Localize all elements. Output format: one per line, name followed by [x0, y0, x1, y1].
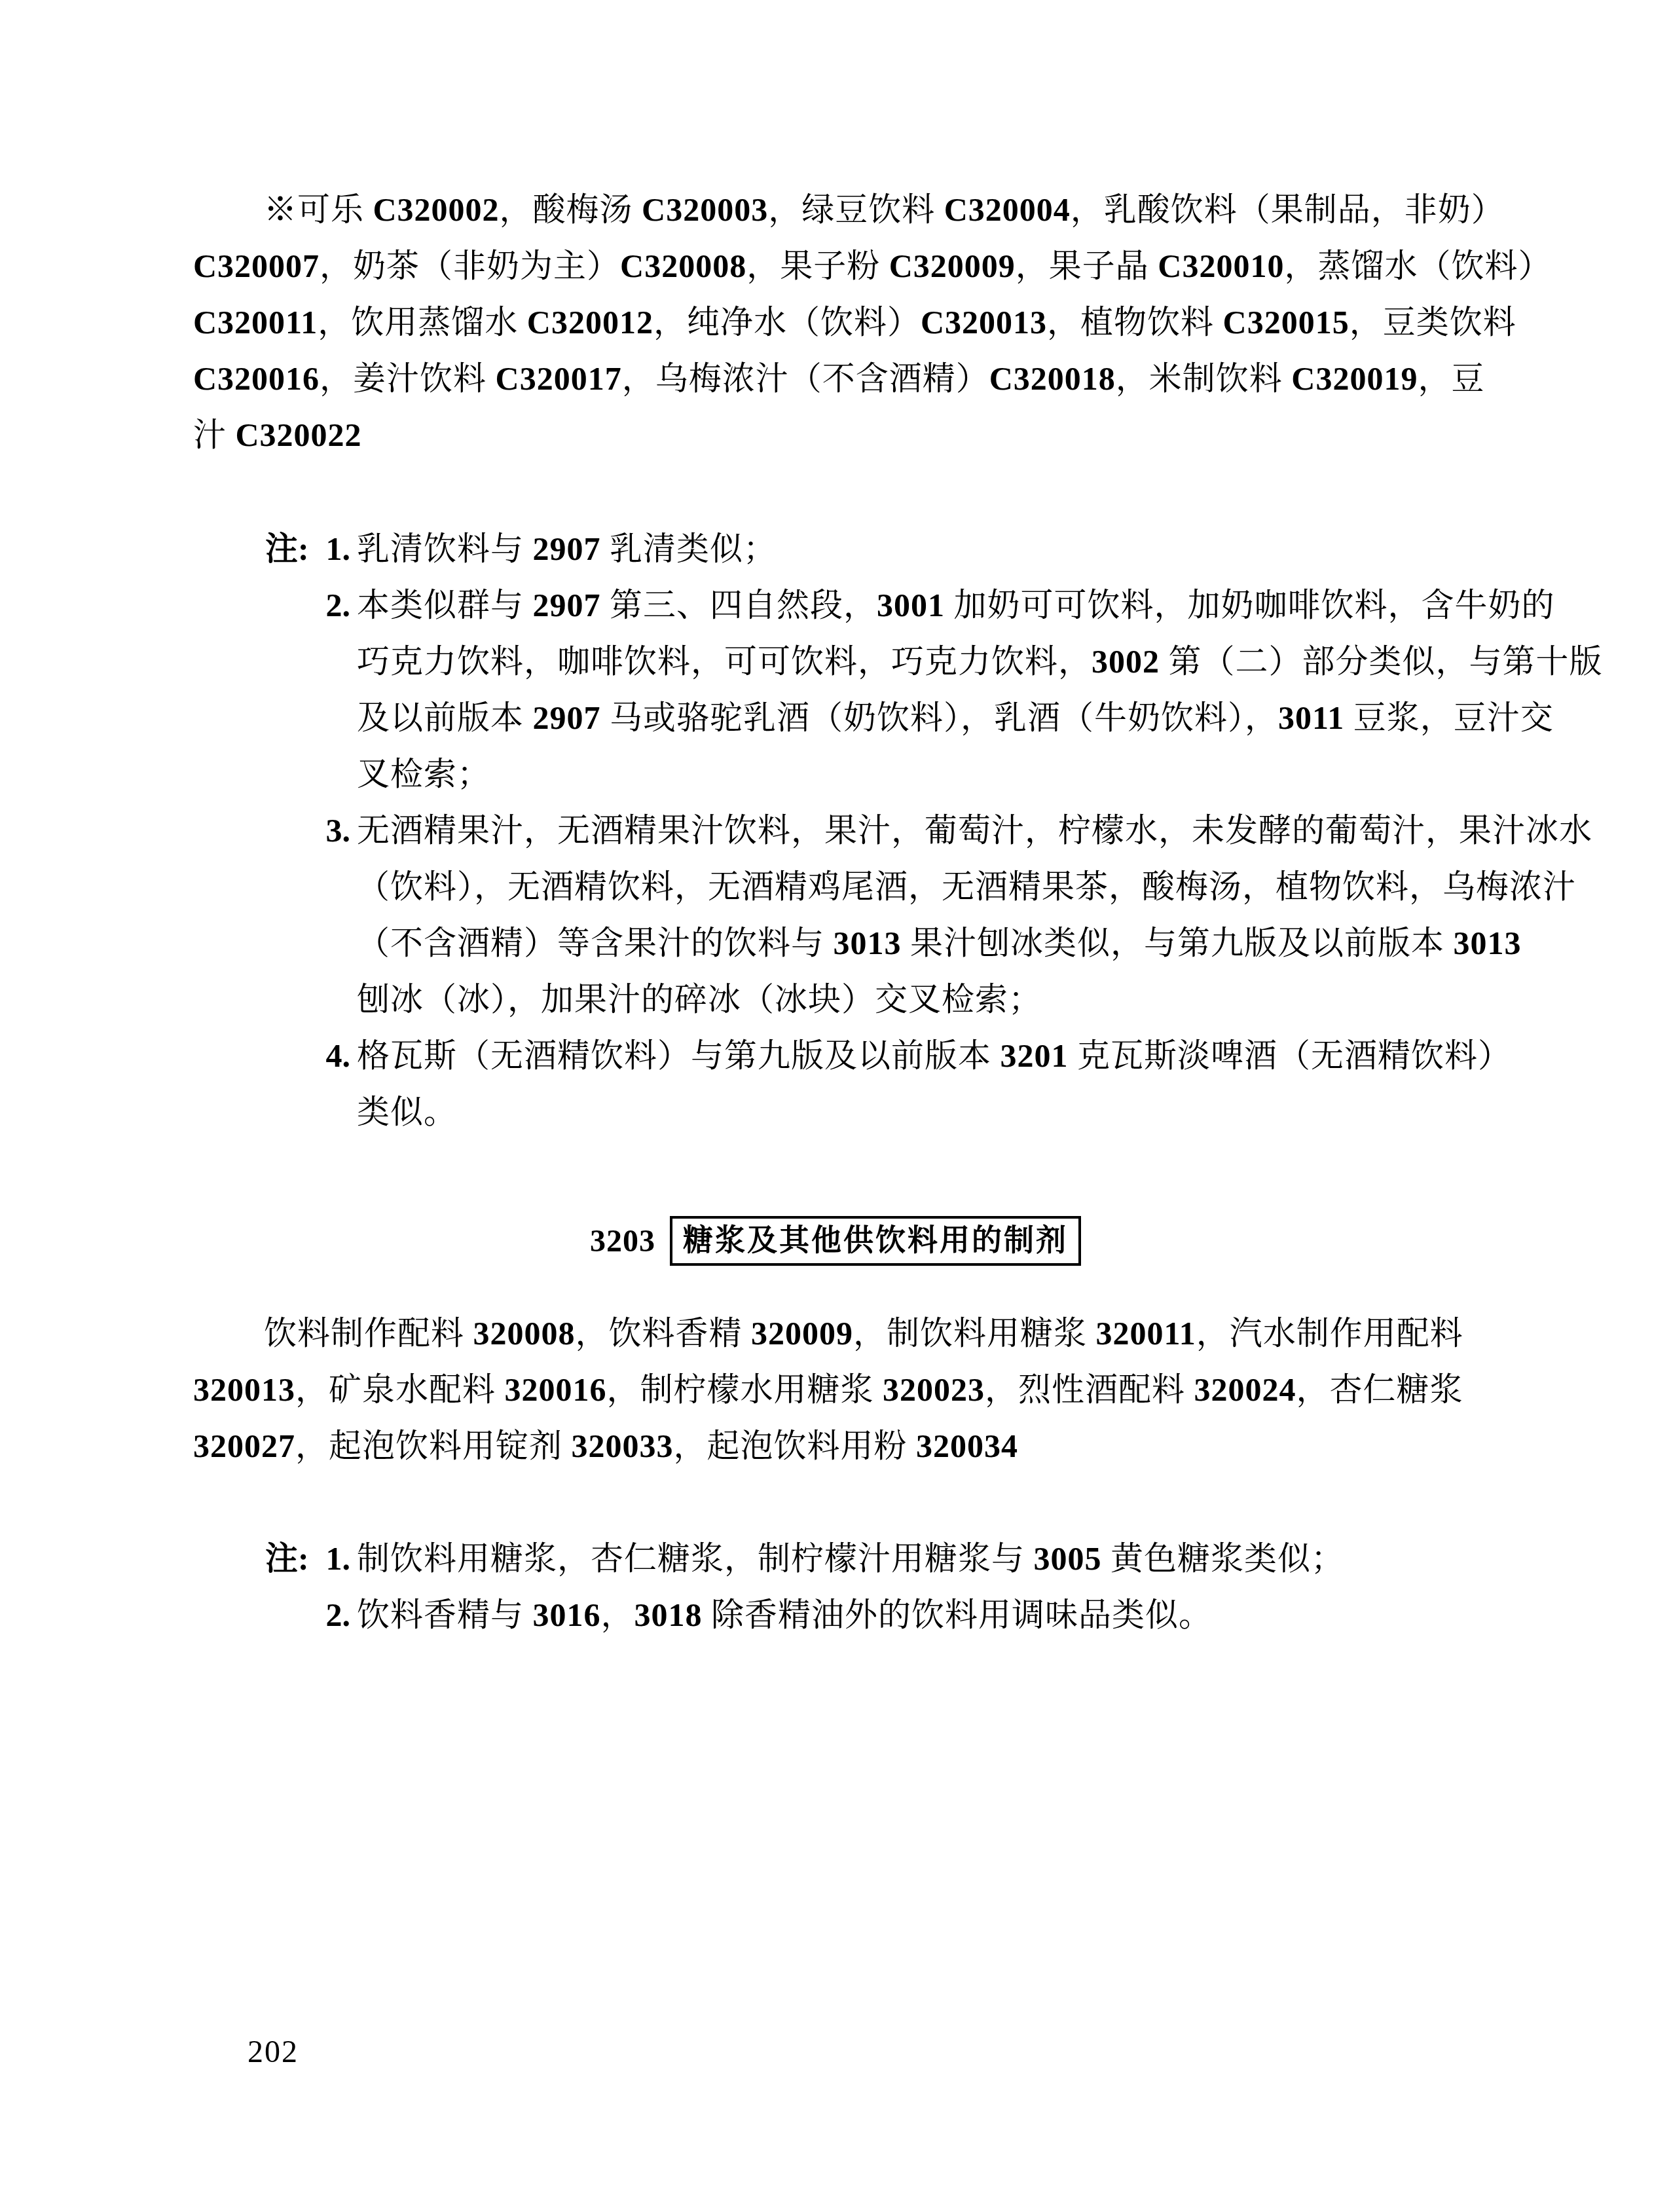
section-title: 糖浆及其他供饮料用的制剂	[670, 1216, 1081, 1266]
goods-line: C320011，饮用蒸馏水 C320012，纯净水（饮料）C320013，植物饮…	[193, 294, 1475, 350]
note-number: 3.	[312, 802, 350, 858]
goods-line: 汁 C320022	[193, 407, 1475, 463]
section-heading: 3203 糖浆及其他供饮料用的制剂	[0, 1211, 1671, 1270]
note-line: 无酒精果汁，无酒精果汁饮料，果汁，葡萄汁，柠檬水，未发酵的葡萄汁，果汁冰水	[357, 802, 1477, 858]
note-line: 刨冰（冰），加果汁的碎冰（冰块）交叉检索；	[357, 971, 1477, 1027]
note-line: 制饮料用糖浆，杏仁糖浆，制柠檬汁用糖浆与 3005 黄色糖浆类似；	[357, 1530, 1477, 1587]
note-line: 叉检索；	[357, 746, 1477, 802]
note-line: 本类似群与 2907 第三、四自然段，3001 加奶可可饮料，加奶咖啡饮料，含牛…	[357, 577, 1477, 633]
note-number: 2.	[312, 577, 350, 633]
note-number: 1.	[312, 1530, 350, 1587]
note-line: 乳清饮料与 2907 乳清类似；	[357, 521, 1477, 577]
note-line: 饮料香精与 3016，3018 除香精油外的饮料用调味品类似。	[357, 1587, 1477, 1643]
note-line: （饮料），无酒精饮料，无酒精鸡尾酒，无酒精果茶，酸梅汤，植物饮料，乌梅浓汁	[357, 858, 1477, 915]
note-item-2: 2. 本类似群与 2907 第三、四自然段，3001 加奶可可饮料，加奶咖啡饮料…	[357, 577, 1477, 802]
note-line: 巧克力饮料，咖啡饮料，可可饮料，巧克力饮料，3002 第（二）部分类似，与第十版	[357, 633, 1477, 690]
document-page: ※可乐 C320002，酸梅汤 C320003，绿豆饮料 C320004，乳酸饮…	[0, 0, 1671, 2212]
notes-label: 注:	[265, 521, 309, 577]
note-line: （不含酒精）等含果汁的饮料与 3013 果汁刨冰类似，与第九版及以前版本 301…	[357, 915, 1477, 971]
goods-line: C320007，奶茶（非奶为主）C320008，果子粉 C320009，果子晶 …	[193, 238, 1475, 294]
goods-line: 饮料制作配料 320008，饮料香精 320009，制饮料用糖浆 320011，…	[193, 1305, 1475, 1361]
goods-line: ※可乐 C320002，酸梅汤 C320003，绿豆饮料 C320004，乳酸饮…	[193, 181, 1475, 238]
note-item-1: 1. 制饮料用糖浆，杏仁糖浆，制柠檬汁用糖浆与 3005 黄色糖浆类似；	[357, 1530, 1477, 1587]
goods-line: C320016，姜汁饮料 C320017，乌梅浓汁（不含酒精）C320018，米…	[193, 350, 1475, 407]
note-item-2: 2. 饮料香精与 3016，3018 除香精油外的饮料用调味品类似。	[357, 1587, 1477, 1643]
section-code: 3203	[590, 1223, 655, 1259]
note-item-3: 3. 无酒精果汁，无酒精果汁饮料，果汁，葡萄汁，柠檬水，未发酵的葡萄汁，果汁冰水…	[357, 802, 1477, 1027]
note-line: 类似。	[357, 1084, 1477, 1140]
notes-section-3203: 注: 1. 制饮料用糖浆，杏仁糖浆，制柠檬汁用糖浆与 3005 黄色糖浆类似； …	[265, 1530, 1477, 1643]
note-line: 格瓦斯（无酒精饮料）与第九版及以前版本 3201 克瓦斯淡啤酒（无酒精饮料）	[357, 1027, 1477, 1084]
note-number: 4.	[312, 1027, 350, 1084]
note-number: 2.	[312, 1587, 350, 1643]
goods-paragraph-3203: 饮料制作配料 320008，饮料香精 320009，制饮料用糖浆 320011，…	[193, 1305, 1475, 1474]
notes-section-3202: 注: 1. 乳清饮料与 2907 乳清类似； 2. 本类似群与 2907 第三、…	[265, 521, 1477, 1140]
goods-line: 320013，矿泉水配料 320016，制柠檬水用糖浆 320023，烈性酒配料…	[193, 1361, 1475, 1418]
note-item-4: 4. 格瓦斯（无酒精饮料）与第九版及以前版本 3201 克瓦斯淡啤酒（无酒精饮料…	[357, 1027, 1477, 1140]
note-number: 1.	[312, 521, 350, 577]
goods-line: 320027，起泡饮料用锭剂 320033，起泡饮料用粉 320034	[193, 1418, 1475, 1474]
page-number: 202	[248, 2035, 299, 2069]
goods-paragraph-3202: ※可乐 C320002，酸梅汤 C320003，绿豆饮料 C320004，乳酸饮…	[193, 181, 1475, 463]
note-item-1: 1. 乳清饮料与 2907 乳清类似；	[357, 521, 1477, 577]
notes-label: 注:	[265, 1530, 309, 1587]
note-line: 及以前版本 2907 马或骆驼乳酒（奶饮料），乳酒（牛奶饮料），3011 豆浆，…	[357, 690, 1477, 746]
